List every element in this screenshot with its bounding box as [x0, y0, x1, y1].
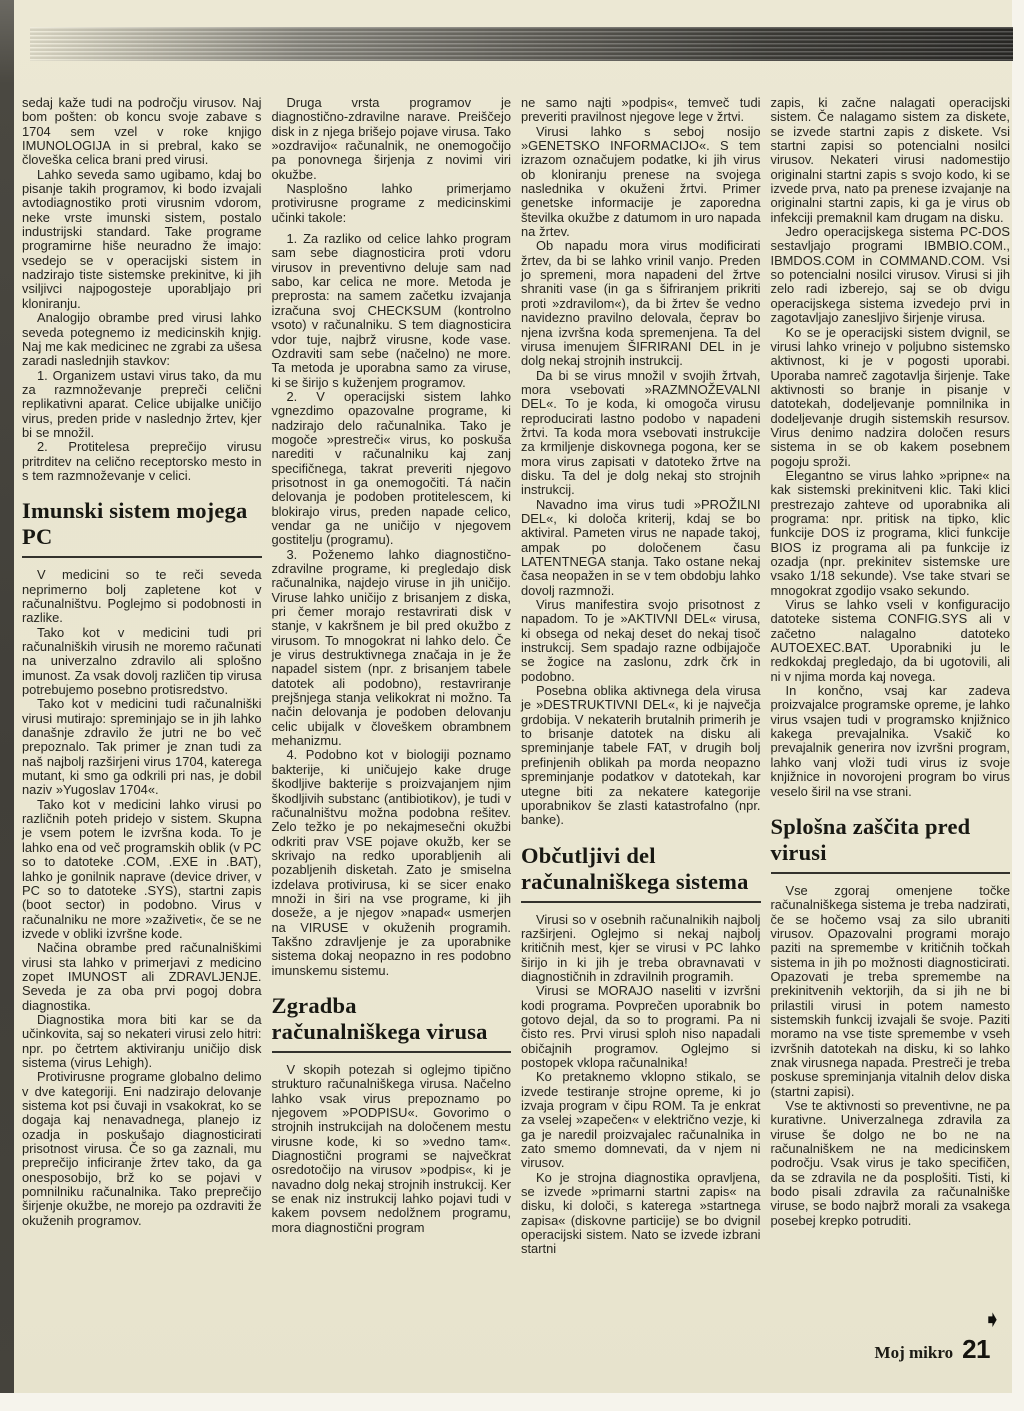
paragraph: Protivirusne programe globalno delimo v … — [22, 1070, 262, 1228]
paragraph: Virusi se MORAJO naseliti v izvršni kodi… — [521, 984, 761, 1070]
paragraph: 2. Protitelesa preprečijo virusu pritrdi… — [22, 440, 262, 483]
paragraph: ne samo najti »podpis«, temveč tudi prev… — [521, 96, 761, 125]
text-column-2: Druga vrsta programov je diagnostično-zd… — [272, 96, 512, 1257]
paragraph: Ko pretaknemo vklopno stikalo, se izvede… — [521, 1070, 761, 1170]
paragraph: Virusi lahko s seboj nosijo »GENETSKO IN… — [521, 125, 761, 240]
paragraph: In končno, vsaj kar zadeva proizvajalce … — [771, 684, 1011, 799]
article-columns: sedaj kaže tudi na področju virusov. Naj… — [22, 96, 1010, 1257]
paragraph: 1. Za razliko od celice lahko program sa… — [272, 232, 512, 390]
paragraph: Lahko seveda samo ugibamo, kdaj bo pisan… — [22, 168, 262, 311]
paragraph: Ko se je operacijski sistem dvignil, se … — [771, 326, 1011, 469]
paragraph: Vse te aktivnosti so preventivne, ne pa … — [771, 1099, 1011, 1228]
paragraph: Virusi so v osebnih računalnikih najbolj… — [521, 913, 761, 985]
section-heading: Imunski sistem mojega PC — [22, 498, 262, 558]
paragraph: Da bi se virus množil v svojih žrtvah, m… — [521, 369, 761, 498]
top-gradient-banner — [30, 27, 1013, 61]
paragraph: 4. Podobno kot v biologiji poznamo bakte… — [272, 748, 512, 978]
paragraph: Navadno ima virus tudi »PROŽILNI DEL«, k… — [521, 498, 761, 598]
paragraph: Virus se lahko vseli v konfiguracijo dat… — [771, 598, 1011, 684]
paragraph: Jedro operacijskega sistema PC-DOS sesta… — [771, 225, 1011, 325]
page-spine-strip — [0, 0, 14, 1393]
paragraph: V medicini so te reči seveda neprimerno … — [22, 568, 262, 625]
paragraph: Ob napadu mora virus modificirati žrtev,… — [521, 239, 761, 368]
page-number: 21 — [962, 1334, 990, 1365]
paragraph: Diagnostika mora biti kar se da učinkovi… — [22, 1013, 262, 1070]
paragraph: 3. Poženemo lahko diagnostično-zdravilne… — [272, 548, 512, 749]
paragraph: zapis, ki začne nalagati operacijski sis… — [771, 96, 1011, 225]
section-heading: Zgradba računalniškega virusa — [272, 993, 512, 1053]
paragraph: Posebna oblika aktivnega dela virusa je … — [521, 684, 761, 827]
section-heading: Splošna zaščita pred virusi — [771, 814, 1011, 874]
paragraph: Nasplošno lahko primerjamo protivirusne … — [272, 182, 512, 225]
paragraph: Virus manifestira svojo prisotnost z nap… — [521, 598, 761, 684]
text-column-3: ne samo najti »podpis«, temveč tudi prev… — [521, 96, 761, 1257]
paragraph: Tako kot v medicini tudi pri računalnišk… — [22, 626, 262, 698]
paragraph: Analogijo obrambe pred virusi lahko seve… — [22, 311, 262, 368]
paragraph: 1. Organizem ustavi virus tako, da mu za… — [22, 369, 262, 441]
paragraph: 2. V operacijski sistem lahko vgnezdimo … — [272, 390, 512, 548]
paragraph: Načina obrambe pred računalniškimi virus… — [22, 941, 262, 1013]
section-heading: Občutljivi del računalniškega sistema — [521, 843, 761, 903]
magazine-page: sedaj kaže tudi na področju virusov. Naj… — [0, 0, 1024, 1411]
paragraph: Druga vrsta programov je diagnostično-zd… — [272, 96, 512, 182]
paragraph: Tako kot v medicini tudi računalniški vi… — [22, 697, 262, 797]
paragraph: Ko je strojna diagnostika opravljena, se… — [521, 1171, 761, 1257]
paragraph: sedaj kaže tudi na področju virusov. Naj… — [22, 96, 262, 168]
paragraph: Vse zgoraj omenjene točke računalniškega… — [771, 884, 1011, 1099]
paragraph: Elegantno se virus lahko »pripne« na kak… — [771, 469, 1011, 598]
page-footer: Moj mikro 21 — [875, 1334, 990, 1365]
text-column-1: sedaj kaže tudi na področju virusov. Naj… — [22, 96, 262, 1257]
magazine-name: Moj mikro — [875, 1343, 954, 1363]
continuation-arrow-icon: ➧ — [983, 1308, 1002, 1331]
text-column-4: zapis, ki začne nalagati operacijski sis… — [771, 96, 1011, 1257]
paragraph: V skopih potezah si oglejmo tipično stru… — [272, 1063, 512, 1235]
paragraph: Tako kot v medicini lahko virusi po razl… — [22, 798, 262, 941]
